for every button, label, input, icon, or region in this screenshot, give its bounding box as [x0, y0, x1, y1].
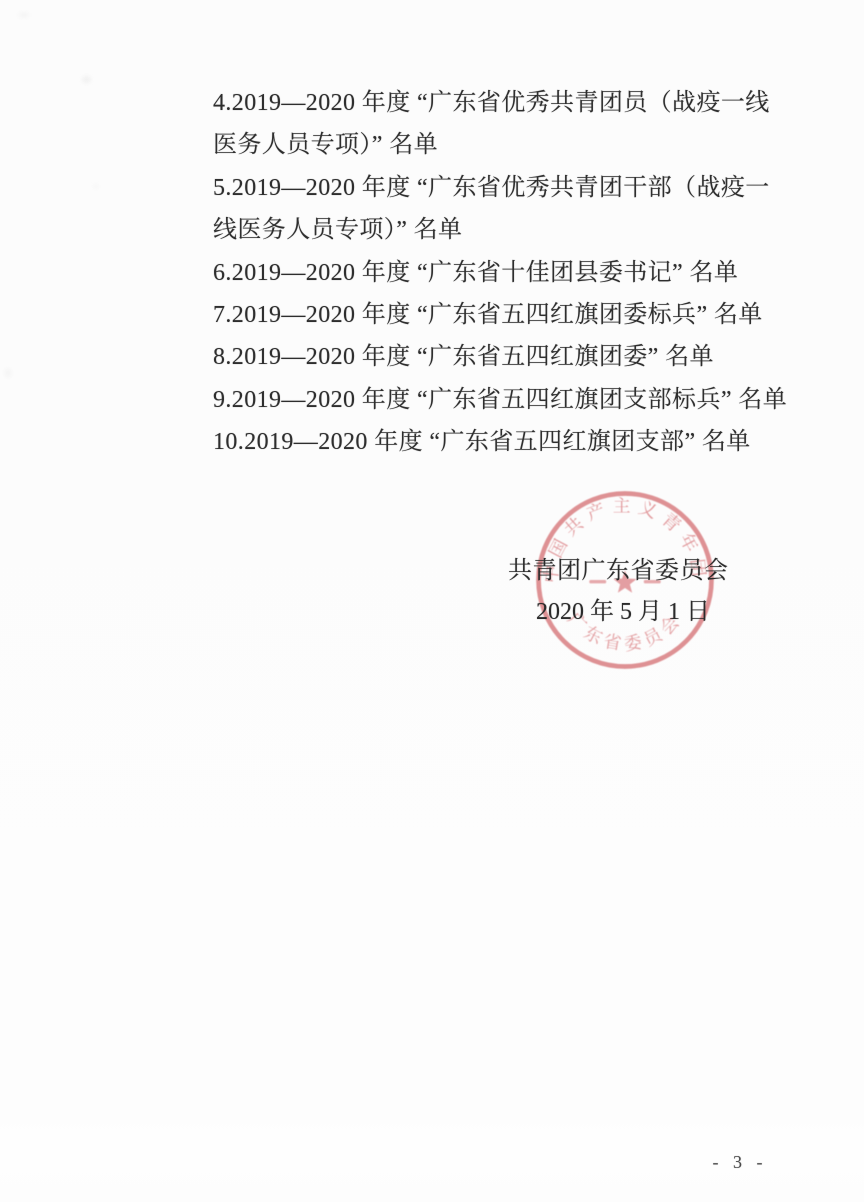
scan-smudge: [18, 12, 30, 18]
list-line-item5-2: 线医务人员专项）” 名单: [213, 209, 793, 251]
list-line-item4-1: 4.2019—2020 年度 “广东省优秀共青团员（战疫一线: [213, 82, 793, 124]
list-line-item7: 7.2019—2020 年度 “广东省五四红旗团委标兵” 名单: [213, 294, 793, 336]
list-line-item9: 9.2019—2020 年度 “广东省五四红旗团支部标兵” 名单: [213, 379, 793, 421]
award-list: 4.2019—2020 年度 “广东省优秀共青团员（战疫一线 医务人员专项）” …: [213, 82, 793, 464]
page-number: - 3 -: [700, 1152, 780, 1173]
list-line-item10: 10.2019—2020 年度 “广东省五四红旗团支部” 名单: [213, 421, 793, 463]
list-line-item4-2: 医务人员专项）” 名单: [213, 124, 793, 166]
list-line-item5-1: 5.2019—2020 年度 “广东省优秀共青团干部（战疫一: [213, 167, 793, 209]
signature-date: 2020 年 5 月 1 日: [536, 591, 700, 626]
scan-smudge: [4, 368, 12, 378]
signature-organization: 共青团广东省委员会: [508, 550, 722, 585]
list-line-item6: 6.2019—2020 年度 “广东省十佳团县委书记” 名单: [213, 252, 793, 294]
scan-smudge: [82, 76, 91, 83]
list-line-item8: 8.2019—2020 年度 “广东省五四红旗团委” 名单: [213, 336, 793, 378]
scanned-document-page: 4.2019—2020 年度 “广东省优秀共青团员（战疫一线 医务人员专项）” …: [0, 0, 864, 1202]
scan-smudge: [93, 184, 99, 189]
